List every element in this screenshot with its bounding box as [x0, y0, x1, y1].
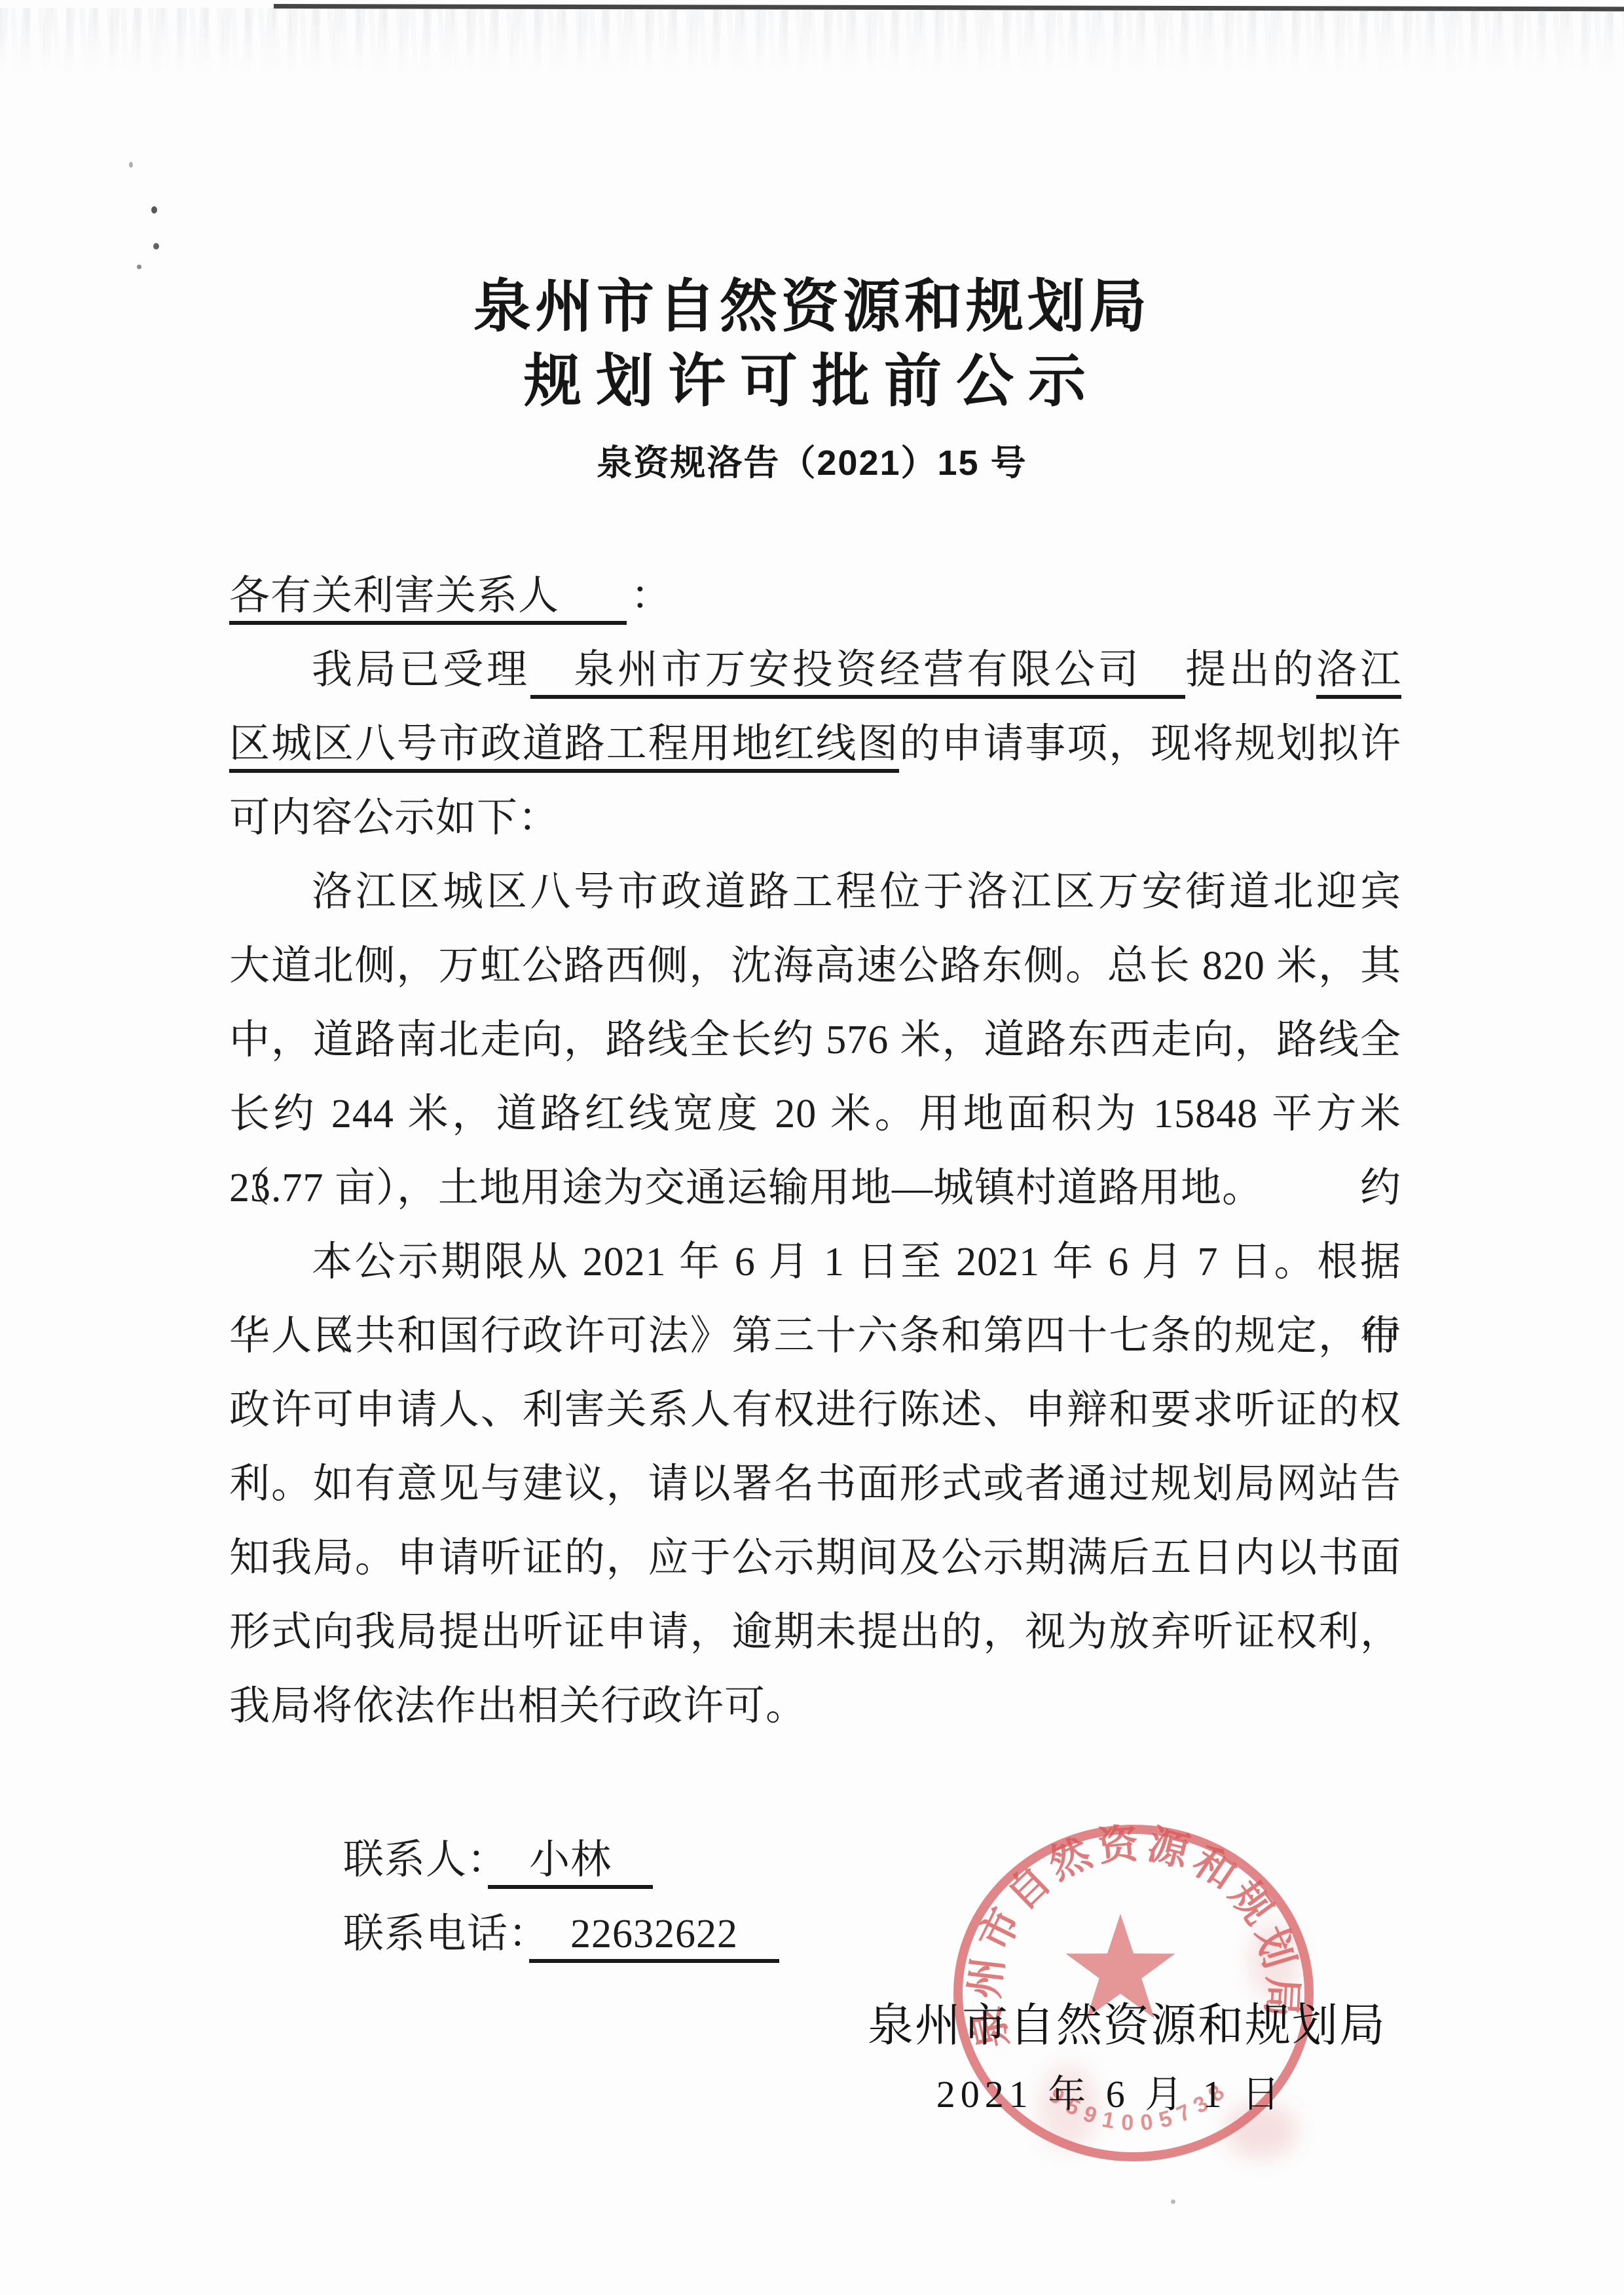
document-number: 泉资规洛告（2021）15 号 [0, 435, 1624, 485]
scan-speck [151, 206, 157, 214]
salutation-line: 各有关利害关系人 ： [229, 559, 1401, 633]
contact-block: 联系人： 小林 联系电话： 22632622 [343, 1823, 779, 1971]
body-line: 可内容公示如下： [229, 781, 1401, 855]
body-line: 政许可申请人、利害关系人有权进行陈述、申辩和要求听证的权 [229, 1373, 1401, 1447]
contact-person-value: 小林 [488, 1838, 653, 1889]
text-segment: 形式向我局提出听证申请，逾期未提出的，视为放弃听证权利， [229, 1610, 1401, 1654]
text-segment: 可内容公示如下： [229, 796, 559, 840]
scan-noise-band [0, 8, 1624, 73]
signature-date: 2021 年 6 月 1 日 [936, 2063, 1285, 2118]
body-line: 利。如有意见与建议，请以署名书面形式或者通过规划局网站告 [229, 1447, 1401, 1521]
body-line: 知我局。申请听证的，应于公示期间及公示期满后五日内以书面 [229, 1521, 1401, 1595]
text-segment: 政许可申请人、利害关系人有权进行陈述、申辩和要求听证的权 [229, 1388, 1401, 1432]
body-line: 本公示期限从 2021 年 6 月 1 日至 2021 年 6 月 7 日。根据… [229, 1225, 1401, 1299]
contact-phone-value: 22632622 [529, 1912, 779, 1963]
body-line: 形式向我局提出听证申请，逾期未提出的，视为放弃听证权利， [229, 1595, 1401, 1670]
body-text-column: 各有关利害关系人 ： 我局已受理 泉州市万安投资经营有限公司 提出的洛江区城区八… [229, 559, 1401, 1744]
contact-person-label: 联系人： [343, 1838, 488, 1882]
body-line: 洛江区城区八号市政道路工程位于洛江区万安街道北迎宾 [229, 855, 1401, 929]
text-segment: 的申请事项，现将规划拟许 [899, 722, 1401, 766]
body-line: 大道北侧，万虹公路西侧，沈海高速公路东侧。总长 820 米，其 [229, 929, 1401, 1003]
text-segment: 洛江区城区八号市政道路工程位于洛江区万安街道北迎宾 [312, 870, 1401, 914]
text-segment: 利。如有意见与建议，请以署名书面形式或者通过规划局网站告 [229, 1462, 1401, 1506]
body-line: 长约 244 米，道路红线宽度 20 米。用地面积为 15848 平方米（约 [229, 1077, 1401, 1151]
seal-ink-blotch [1249, 1922, 1299, 1998]
underlined-text-segment: 洛江 [1316, 648, 1401, 699]
salutation-addressee: 各有关利害关系人 [229, 574, 627, 625]
contact-phone-label: 联系电话： [343, 1912, 529, 1956]
scan-speck [129, 162, 133, 168]
contact-person-line: 联系人： 小林 [343, 1823, 779, 1897]
text-segment: 我局已受理 [312, 648, 530, 692]
salutation-colon: ： [627, 574, 672, 618]
underlined-text-segment: 区城区八号市政道路工程用地红线图 [229, 722, 899, 773]
scan-speck [153, 243, 159, 250]
body-line: 我局已受理 泉州市万安投资经营有限公司 提出的洛江 [229, 633, 1401, 707]
document-title-line2: 规划许可批前公示 [0, 335, 1624, 418]
contact-phone-line: 联系电话： 22632622 [343, 1897, 779, 1971]
body-line: 华人民共和国行政许可法》第三十六条和第四十七条的规定，行 [229, 1299, 1401, 1373]
body-line: 我局将依法作出相关行政许可。 [229, 1670, 1401, 1744]
text-segment: 提出的 [1185, 648, 1316, 692]
document-page: 泉州市自然资源和规划局 规划许可批前公示 泉资规洛告（2021）15 号 各有关… [0, 0, 1624, 2295]
text-segment: 知我局。申请听证的，应于公示期间及公示期满后五日内以书面 [229, 1536, 1401, 1580]
body-line: 区城区八号市政道路工程用地红线图的申请事项，现将规划拟许 [229, 707, 1401, 781]
signature-org: 泉州市自然资源和规划局 [868, 1988, 1386, 2055]
body-line: 23.77 亩），土地用途为交通运输用地—城镇村道路用地。 [229, 1151, 1401, 1225]
document-title-line1: 泉州市自然资源和规划局 [0, 261, 1624, 343]
text-segment: 中，道路南北走向，路线全长约 576 米，道路东西走向，路线全 [229, 1018, 1401, 1062]
body-paragraph-lines: 我局已受理 泉州市万安投资经营有限公司 提出的洛江区城区八号市政道路工程用地红线… [229, 633, 1401, 1744]
text-segment: 华人民共和国行政许可法》第三十六条和第四十七条的规定，行 [229, 1314, 1401, 1358]
body-line: 中，道路南北走向，路线全长约 576 米，道路东西走向，路线全 [229, 1003, 1401, 1077]
underlined-text-segment: 泉州市万安投资经营有限公司 [530, 648, 1186, 699]
text-segment: 23.77 亩），土地用途为交通运输用地—城镇村道路用地。 [229, 1166, 1263, 1210]
text-segment: 我局将依法作出相关行政许可。 [229, 1684, 807, 1728]
text-segment: 大道北侧，万虹公路西侧，沈海高速公路东侧。总长 820 米，其 [229, 944, 1401, 988]
